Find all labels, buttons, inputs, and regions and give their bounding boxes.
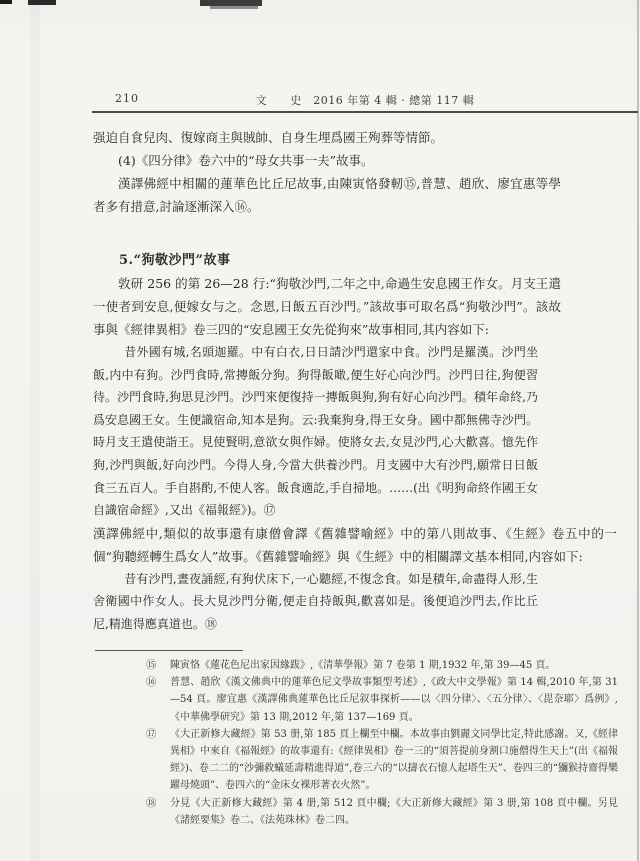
running-header: 210 文 史 2016 年第 4 輯 · 總第 117 輯 [93,92,637,108]
paragraph-between-quotes: 漢譯佛經中,類似的故事還有康僧會譯《舊雜譬喻經》中的第八則故事、《生經》卷五中的… [93,522,617,568]
header-rule [92,111,638,113]
footnote-marker: ⑱ [146,795,157,812]
paragraph-item4: (4)《四分律》卷六中的“母女共事一夫”故事。 [93,149,561,172]
body-text: 强迫自食兒肉、復嫁商主與賊帥、自身生埋爲國王殉葬等情節。 (4)《四分律》卷六中… [93,126,561,636]
block-quote-jinglv-yixiang: 昔外國有城,名頭迦羅。中有白衣,日日請沙門還家中食。沙門是羅漢。沙門坐飯,内中有… [93,341,538,522]
section5-heading: 5.“狗敬沙門”故事 [93,218,561,272]
scan-gutter-shadow [30,0,40,861]
footnotes: ⑮ 陳寅恪《蓮花色尼出家因緣跋》,《清華學報》第 7 卷第 1 期,1932 年… [146,657,618,829]
footnote-text: 《大正新修大藏經》第 53 册,第 185 頁上欄至中欄。本故事由劉麗文同學比定… [170,729,618,792]
footnote-15: ⑮ 陳寅恪《蓮花色尼出家因緣跋》,《清華學報》第 7 卷第 1 期,1932 年… [146,657,618,674]
footnote-16: ⑯ 普慧、趙欣《漢文佛典中的蓮華色尼文學故事類型考述》,《政大中文學報》第 14… [146,674,618,726]
scanned-journal-page: 210 文 史 2016 年第 4 輯 · 總第 117 輯 强迫自食兒肉、復嫁… [0,0,640,861]
footnote-marker: ⑮ [146,657,157,674]
scan-artifact [210,6,258,9]
paragraph-section5-intro: 敦研 256 的第 26—28 行:“狗敬沙門,二年之中,命過生安息國王作女。月… [93,272,561,341]
scan-artifact [28,0,56,5]
footnote-text: 普慧、趙欣《漢文佛典中的蓮華色尼文學故事類型考述》,《政大中文學報》第 14 輯… [170,677,618,722]
footnote-marker: ⑯ [146,674,157,691]
footnote-text: 陳寅恪《蓮花色尼出家因緣跋》,《清華學報》第 7 卷第 1 期,1932 年,第… [170,660,555,671]
page-number: 210 [115,92,139,105]
scan-right-edge-line [637,0,639,861]
footnote-text: 分見《大正新修大藏經》第 4 册,第 512 頁中欄;《大正新修大藏經》第 3 … [170,798,618,826]
footnote-separator-rule [95,650,243,651]
block-quote-jiuzapiyu: 昔有沙門,晝夜誦經,有狗伏床下,一心聽經,不復念食。如是積年,命盡得人形,生舍衛… [93,568,538,636]
scan-artifact [0,0,12,4]
footnote-marker: ⑰ [146,726,157,743]
paragraph-preceding: 强迫自食兒肉、復嫁商主與賊帥、自身生埋爲國王殉葬等情節。 [93,126,561,149]
journal-title: 文 史 2016 年第 4 輯 · 總第 117 輯 [256,92,474,108]
footnote-18: ⑱ 分見《大正新修大藏經》第 4 册,第 512 頁中欄;《大正新修大藏經》第 … [146,795,618,829]
paragraph-review: 漢譯佛經中相關的蓮華色比丘尼故事,由陳寅恪發軔⑮,普慧、趙欣、廖宜惠等學者多有措… [93,172,561,218]
footnote-17: ⑰ 《大正新修大藏經》第 53 册,第 185 頁上欄至中欄。本故事由劉麗文同學… [146,726,618,795]
